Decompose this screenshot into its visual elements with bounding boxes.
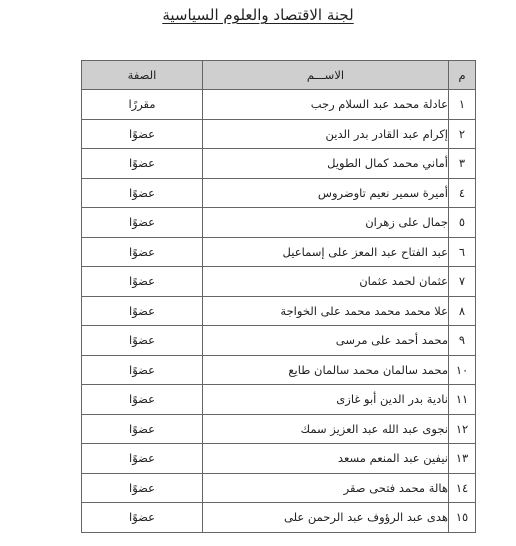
row-number: ١٠	[449, 355, 476, 385]
row-number: ١١	[449, 385, 476, 415]
row-number: ٢	[449, 119, 476, 149]
member-role: عضوًا	[82, 326, 203, 356]
member-name: هالة محمد فتحى صقر	[203, 473, 449, 503]
table-row: ١١نادية بدر الدين أبو غازىعضوًا	[82, 385, 476, 415]
member-name: أميرة سمير نعيم تاوضروس	[203, 178, 449, 208]
row-number: ١٤	[449, 473, 476, 503]
member-name: أماني محمد كمال الطويل	[203, 149, 449, 179]
member-name: محمد سالمان محمد سالمان طايع	[203, 355, 449, 385]
member-name: إكرام عبد القادر بدر الدين	[203, 119, 449, 149]
row-number: ٨	[449, 296, 476, 326]
member-name: هدى عبد الرؤوف عبد الرحمن على	[203, 503, 449, 533]
member-role: عضوًا	[82, 503, 203, 533]
table-row: ٩محمد أحمد على مرسىعضوًا	[82, 326, 476, 356]
header-number: م	[449, 61, 476, 90]
row-number: ١	[449, 90, 476, 120]
member-name: نيفين عبد المنعم مسعد	[203, 444, 449, 474]
table-row: ٨علا محمد محمد محمد على الخواجةعضوًا	[82, 296, 476, 326]
member-role: عضوًا	[82, 414, 203, 444]
table-row: ١٥هدى عبد الرؤوف عبد الرحمن علىعضوًا	[82, 503, 476, 533]
table-row: ٣أماني محمد كمال الطويلعضوًا	[82, 149, 476, 179]
member-role: عضوًا	[82, 296, 203, 326]
row-number: ١٢	[449, 414, 476, 444]
member-name: عثمان لحمد عثمان	[203, 267, 449, 297]
member-role: عضوًا	[82, 267, 203, 297]
table-row: ١٣نيفين عبد المنعم مسعدعضوًا	[82, 444, 476, 474]
row-number: ٣	[449, 149, 476, 179]
member-name: نادية بدر الدين أبو غازى	[203, 385, 449, 415]
table-row: ٥جمال على زهرانعضوًا	[82, 208, 476, 238]
member-name: جمال على زهران	[203, 208, 449, 238]
header-role: الصفة	[82, 61, 203, 90]
member-role: عضوًا	[82, 178, 203, 208]
row-number: ٤	[449, 178, 476, 208]
member-role: عضوًا	[82, 119, 203, 149]
member-role: عضوًا	[82, 355, 203, 385]
row-number: ١٥	[449, 503, 476, 533]
committee-title: لجنة الاقتصاد والعلوم السياسية	[162, 6, 353, 24]
member-name: محمد أحمد على مرسى	[203, 326, 449, 356]
document-title: لجنة الاقتصاد والعلوم السياسية	[0, 6, 516, 24]
row-number: ٦	[449, 237, 476, 267]
member-name: عادلة محمد عبد السلام رجب	[203, 90, 449, 120]
table-row: ١عادلة محمد عبد السلام رجبمقررًا	[82, 90, 476, 120]
members-table: م الاســـم الصفة ١عادلة محمد عبد السلام …	[81, 60, 476, 533]
table-row: ١٢نجوى عبد الله عبد العزيز سمكعضوًا	[82, 414, 476, 444]
table-row: ١٤هالة محمد فتحى صقرعضوًا	[82, 473, 476, 503]
table-row: ٤أميرة سمير نعيم تاوضروسعضوًا	[82, 178, 476, 208]
row-number: ٧	[449, 267, 476, 297]
table-row: ٧عثمان لحمد عثمانعضوًا	[82, 267, 476, 297]
row-number: ١٣	[449, 444, 476, 474]
row-number: ٥	[449, 208, 476, 238]
member-role: عضوًا	[82, 237, 203, 267]
member-name: نجوى عبد الله عبد العزيز سمك	[203, 414, 449, 444]
member-role: عضوًا	[82, 208, 203, 238]
member-name: علا محمد محمد محمد على الخواجة	[203, 296, 449, 326]
table-row: ٢إكرام عبد القادر بدر الدينعضوًا	[82, 119, 476, 149]
row-number: ٩	[449, 326, 476, 356]
member-role: مقررًا	[82, 90, 203, 120]
member-role: عضوًا	[82, 149, 203, 179]
member-role: عضوًا	[82, 444, 203, 474]
table-header-row: م الاســـم الصفة	[82, 61, 476, 90]
member-role: عضوًا	[82, 385, 203, 415]
table-row: ٦عبد الفتاح عبد المعز على إسماعيلعضوًا	[82, 237, 476, 267]
member-role: عضوًا	[82, 473, 203, 503]
header-name: الاســـم	[203, 61, 449, 90]
table-row: ١٠محمد سالمان محمد سالمان طايععضوًا	[82, 355, 476, 385]
member-name: عبد الفتاح عبد المعز على إسماعيل	[203, 237, 449, 267]
